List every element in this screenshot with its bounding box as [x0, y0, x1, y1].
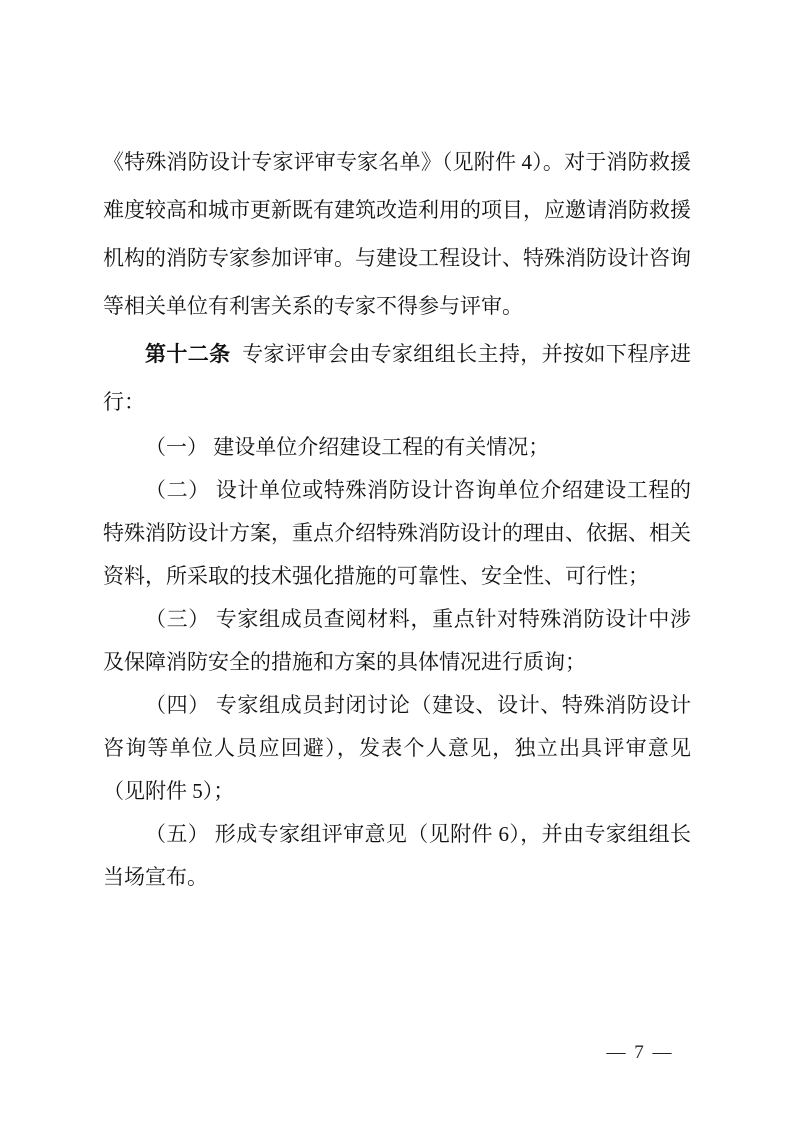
list-item-5: （五） 形成专家组评审意见（见附件 6），并由专家组组长当场宣布。	[103, 813, 691, 899]
article-number: 第十二条	[145, 342, 231, 366]
list-item-1: （一） 建设单位介绍建设工程的有关情况；	[103, 426, 691, 469]
document-body: 《特殊消防设计专家评审专家名单》（见附件 4）。对于消防救援难度较高和城市更新既…	[103, 138, 691, 899]
list-item-2: （二） 设计单位或特殊消防设计咨询单位介绍建设工程的特殊消防设计方案，重点介绍特…	[103, 469, 691, 598]
paragraph-continuation: 《特殊消防设计专家评审专家名单》（见附件 4）。对于消防救援难度较高和城市更新既…	[103, 138, 691, 330]
paragraph-article-12: 第十二条专家评审会由专家组组长主持，并按如下程序进行：	[103, 330, 691, 426]
list-item-3: （三） 专家组成员查阅材料，重点针对特殊消防设计中涉及保障消防安全的措施和方案的…	[103, 598, 691, 684]
list-item-4: （四） 专家组成员封闭讨论（建设、设计、特殊消防设计咨询等单位人员应回避），发表…	[103, 684, 691, 813]
page-footer: — 7 —	[557, 1042, 723, 1064]
page-number: — 7 —	[607, 1042, 674, 1063]
